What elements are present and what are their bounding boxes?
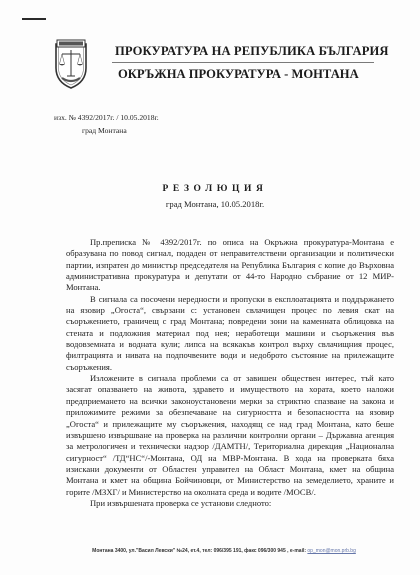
header-divider xyxy=(112,62,374,63)
document-place-date: град Монтана, 10.05.2018г. xyxy=(0,199,420,209)
body-paragraph: Пр.преписка № 4392/2017г. по описа на Ок… xyxy=(66,237,394,294)
prosecution-emblem-icon xyxy=(54,38,88,90)
letterhead: ПРОКУРАТУРА НА РЕПУБЛИКА БЪЛГАРИЯ ОКРЪЖН… xyxy=(112,44,382,82)
scan-mark xyxy=(22,18,46,20)
footer-contact: Монтана 3400, ул."Васил Левски" №24, ет.… xyxy=(0,548,420,554)
body-paragraph: В сигнала са посочени нередности и пропу… xyxy=(66,294,394,373)
document-title: РЕЗОЛЮЦИЯ xyxy=(0,184,420,194)
footer-email-link[interactable]: op_mon@mon.prb.bg xyxy=(307,548,355,554)
body-paragraph: Изложените в сигнала проблеми са от зави… xyxy=(66,373,394,498)
reference-city: град Монтана xyxy=(82,126,127,135)
outgoing-reference: изх. № 4392/2017г. / 10.05.2018г. xyxy=(54,113,159,122)
document-body: Пр.преписка № 4392/2017г. по описа на Ок… xyxy=(66,237,394,509)
document-page: ПРОКУРАТУРА НА РЕПУБЛИКА БЪЛГАРИЯ ОКРЪЖН… xyxy=(0,0,420,575)
body-paragraph: При извършената проверка се установи сле… xyxy=(66,498,394,509)
institution-subtitle: ОКРЪЖНА ПРОКУРАТУРА - МОНТАНА xyxy=(112,67,382,82)
footer-address: Монтана 3400, ул."Васил Левски" №24, ет.… xyxy=(92,548,307,554)
institution-title: ПРОКУРАТУРА НА РЕПУБЛИКА БЪЛГАРИЯ xyxy=(112,44,382,59)
